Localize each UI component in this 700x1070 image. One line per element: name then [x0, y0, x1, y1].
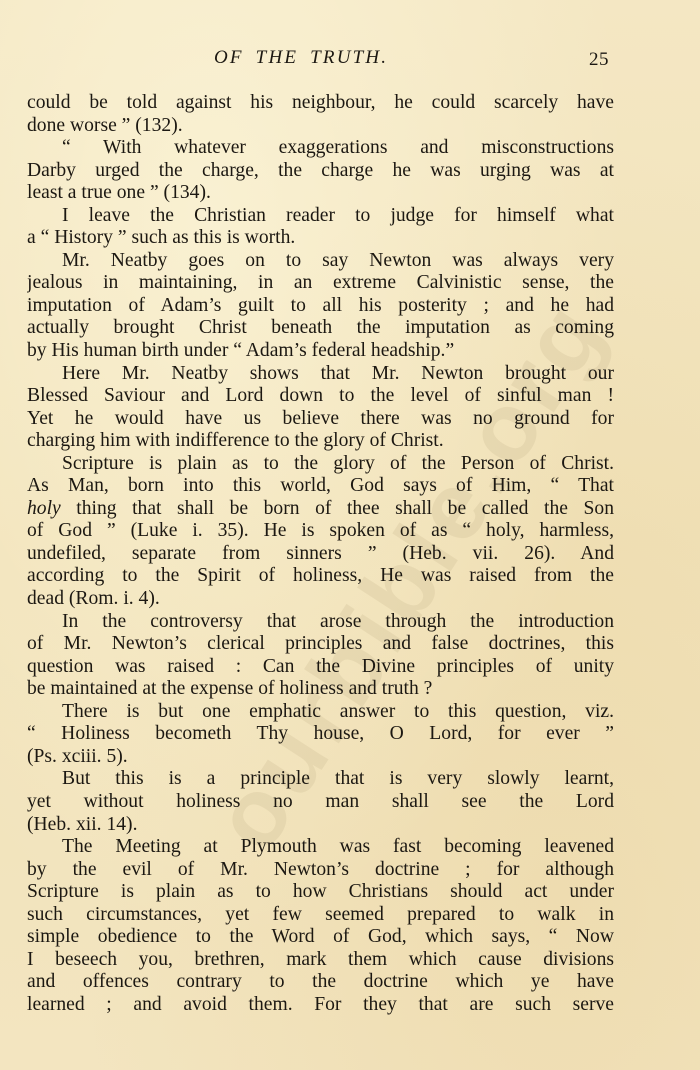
- running-title: OF THE TRUTH.: [214, 47, 388, 69]
- text-line: But this is a principle that is very slo…: [27, 768, 614, 791]
- text-line: Yet he would have us believe there was n…: [27, 408, 614, 431]
- text-line: (Heb. xii. 14).: [27, 814, 614, 837]
- text-line: by the evil of Mr. Newton’s doctrine ; f…: [27, 859, 614, 882]
- text-line: There is but one emphatic answer to this…: [27, 701, 614, 724]
- text-line: Scripture is plain as to the glory of th…: [27, 453, 614, 476]
- text-line: dead (Rom. i. 4).: [27, 588, 614, 611]
- text-line: yet without holiness no man shall see th…: [27, 791, 614, 814]
- page-number: 25: [589, 49, 609, 71]
- running-head: OF THE TRUTH. 25: [0, 44, 700, 74]
- text-line: holy thing that shall be born of thee sh…: [27, 498, 614, 521]
- italic-word: holy: [27, 498, 61, 519]
- text-line: imputation of Adam’s guilt to all his po…: [27, 295, 614, 318]
- text-line: could be told against his neighbour, he …: [27, 92, 614, 115]
- text-line: In the controversy that arose through th…: [27, 611, 614, 634]
- paragraph: Here Mr. Neatby shows that Mr. Newton br…: [27, 363, 614, 453]
- text-line: by His human birth under “ Adam’s federa…: [27, 340, 614, 363]
- text-line: of Mr. Newton’s clerical principles and …: [27, 633, 614, 656]
- paragraph: could be told against his neighbour, he …: [27, 92, 614, 137]
- text-line: such circumstances, yet few seemed prepa…: [27, 904, 614, 927]
- text-line: As Man, born into this world, God says o…: [27, 475, 614, 498]
- text-line: be maintained at the expense of holiness…: [27, 678, 614, 701]
- text-line: of God ” (Luke i. 35). He is spoken of a…: [27, 520, 614, 543]
- text-line: and offences contrary to the doctrine wh…: [27, 971, 614, 994]
- text-line: learned ; and avoid them. For they that …: [27, 994, 614, 1017]
- text-line: Blessed Saviour and Lord down to the lev…: [27, 385, 614, 408]
- text-line: Here Mr. Neatby shows that Mr. Newton br…: [27, 363, 614, 386]
- paragraph: “ With whatever exaggerations and miscon…: [27, 137, 614, 205]
- text-line: undefiled, separate from sinners ” (Heb.…: [27, 543, 614, 566]
- text-line: I leave the Christian reader to judge fo…: [27, 205, 614, 228]
- text-line: (Ps. xciii. 5).: [27, 746, 614, 769]
- paragraph: But this is a principle that is very slo…: [27, 768, 614, 836]
- text-line: The Meeting at Plymouth was fast becomin…: [27, 836, 614, 859]
- text-line: done worse ” (132).: [27, 115, 614, 138]
- text-line: actually brought Christ beneath the impu…: [27, 317, 614, 340]
- text-run: thing that shall be born of thee shall b…: [61, 498, 614, 519]
- paragraph: Scripture is plain as to the glory of th…: [27, 453, 614, 611]
- paragraph: There is but one emphatic answer to this…: [27, 701, 614, 769]
- text-line: jealous in maintaining, in an extreme Ca…: [27, 272, 614, 295]
- text-line: least a true one ” (134).: [27, 182, 614, 205]
- text-line: charging him with indifference to the gl…: [27, 430, 614, 453]
- body-text: could be told against his neighbour, he …: [27, 92, 614, 1016]
- text-line: “ With whatever exaggerations and miscon…: [27, 137, 614, 160]
- text-line: Darby urged the charge, the charge he wa…: [27, 160, 614, 183]
- text-line: “ Holiness becometh Thy house, O Lord, f…: [27, 723, 614, 746]
- paragraph: I leave the Christian reader to judge fo…: [27, 205, 614, 250]
- paragraph: In the controversy that arose through th…: [27, 611, 614, 701]
- text-line: I beseech you, brethren, mark them which…: [27, 949, 614, 972]
- paragraph: The Meeting at Plymouth was fast becomin…: [27, 836, 614, 1016]
- text-line: Scripture is plain as to how Christians …: [27, 881, 614, 904]
- text-line: question was raised : Can the Divine pri…: [27, 656, 614, 679]
- text-line: a “ History ” such as this is worth.: [27, 227, 614, 250]
- text-line: according to the Spirit of holiness, He …: [27, 565, 614, 588]
- text-line: Mr. Neatby goes on to say Newton was alw…: [27, 250, 614, 273]
- paragraph: Mr. Neatby goes on to say Newton was alw…: [27, 250, 614, 363]
- text-line: simple obedience to the Word of God, whi…: [27, 926, 614, 949]
